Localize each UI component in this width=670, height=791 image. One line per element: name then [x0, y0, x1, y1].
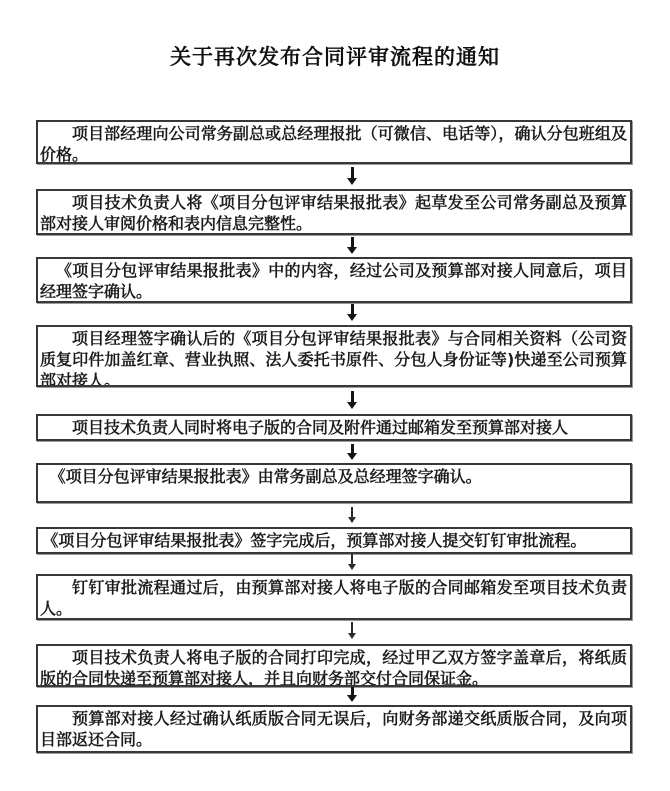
flow-step-8: 钉钉审批流程通过后，由预算部对接人将电子版的合同邮箱发至项目技术负责人。	[36, 574, 632, 620]
flow-step-10: 预算部对接人经过确认纸质版合同无误后，向财务部递交纸质版合同，及向项目部返还合同…	[36, 705, 632, 753]
down-arrow-9	[346, 687, 358, 702]
arrow-stem	[351, 687, 354, 695]
notice-document: 关于再次发布合同评审流程的通知 项目部经理向公司常务副总或总经理报批（可微信、电…	[0, 0, 670, 791]
down-arrow-2	[346, 237, 358, 254]
arrow-stem	[351, 167, 354, 178]
flow-step-3: 《项目分包评审结果报批表》中的内容，经过公司及预算部对接人同意后，项目经理签字确…	[36, 257, 632, 303]
down-arrow-7	[346, 554, 358, 570]
arrow-head-icon	[347, 402, 357, 409]
arrow-head-icon	[347, 247, 357, 254]
flow-step-9: 项目技术负责人将电子版的合同打印完成，经过甲乙双方签字盖章后，将纸质版的合同快递…	[36, 644, 632, 687]
down-arrow-4	[346, 391, 358, 409]
down-arrow-5	[346, 444, 358, 460]
notice-title: 关于再次发布合同评审流程的通知	[0, 41, 670, 71]
arrow-head-icon	[347, 314, 357, 321]
arrow-stem	[351, 444, 354, 453]
arrow-stem	[351, 391, 354, 402]
arrow-stem	[351, 237, 354, 247]
arrow-head-icon	[347, 453, 357, 460]
flow-step-2: 项目技术负责人将《项目分包评审结果报批表》起草发至公司常务副总及预算部对接人审阅…	[36, 189, 632, 235]
arrow-head-icon	[347, 695, 357, 702]
arrow-stem	[351, 554, 353, 564]
arrow-head-icon	[347, 178, 357, 185]
arrow-head-icon	[348, 633, 356, 639]
flow-step-5: 项目技术负责人同时将电子版的合同及附件通过邮箱发至预算部对接人	[36, 414, 632, 441]
arrow-head-icon	[348, 564, 356, 570]
down-arrow-8	[346, 622, 358, 639]
arrow-head-icon	[348, 517, 356, 523]
arrow-stem	[351, 507, 353, 517]
flow-step-4: 项目经理签字确认后的《项目分包评审结果报批表》与合同相关资料（公司资质复印件加盖…	[36, 325, 632, 387]
down-arrow-6	[346, 507, 358, 523]
flow-step-7: 《项目分包评审结果报批表》签字完成后，预算部对接人提交钉钉审批流程。	[36, 527, 632, 554]
arrow-stem	[351, 304, 354, 314]
down-arrow-1	[346, 167, 358, 185]
flow-step-6: 《项目分包评审结果报批表》由常务副总及总经理签字确认。	[36, 463, 632, 503]
down-arrow-3	[346, 304, 358, 321]
flow-step-1: 项目部经理向公司常务副总或总经理报批（可微信、电话等），确认分包班组及价格。	[36, 120, 632, 164]
arrow-stem	[351, 622, 353, 633]
